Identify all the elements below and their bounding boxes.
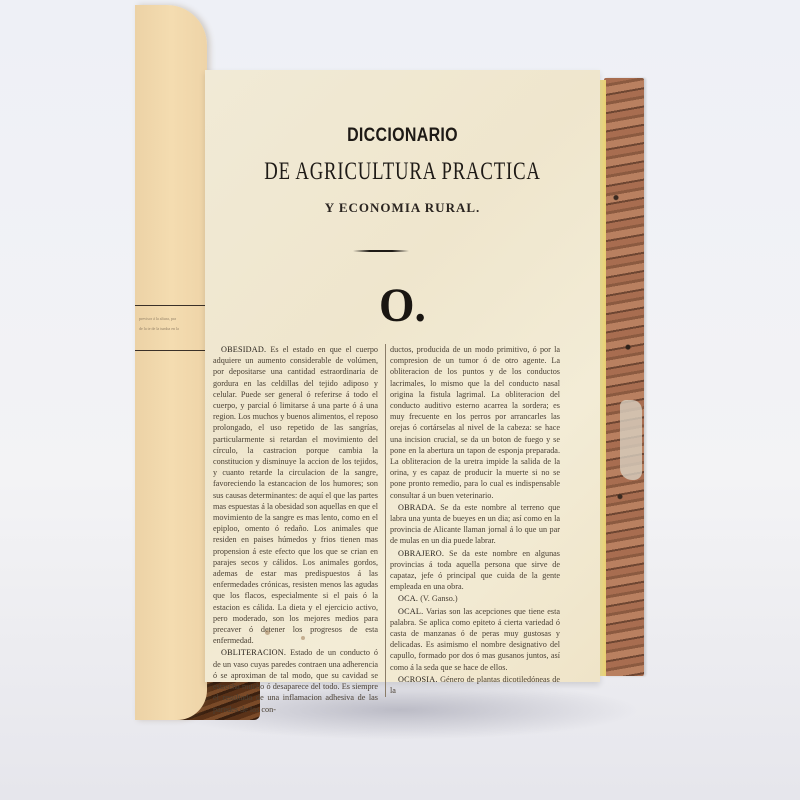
entry-obrada: OBRADA. Se da este nombre al terreno que… [390,502,560,547]
marbled-back-cover [604,78,644,676]
left-page-curled: previsor á la altura, pra de la te de la… [135,5,207,720]
entry-obesidad: OBESIDAD. Es el estado en que el cuerpo … [213,344,378,646]
entry-head: OBRADA. [398,503,436,512]
entry-head: OCA. [398,594,418,603]
foxing-spot [265,630,270,635]
text-column-left: OBESIDAD. Es el estado en que el cuerpo … [213,344,378,716]
ornamental-rule [353,250,409,252]
entry-oca: OCA. (V. Ganso.) [390,593,560,604]
entry-text: Es el estado en que el cuerpo adquiere u… [213,345,378,645]
foxing-spot [301,636,305,640]
left-page-fragment-1: previsor á la altura, pra [139,315,203,322]
entry-ocal: OCAL. Varias son las acepciones que tien… [390,606,560,673]
entry-obrajero: OBRAJERO. Se da este nombre en algunas p… [390,548,560,593]
entry-obliteracion: OBLITERACION. Estado de un conducto ó de… [213,647,378,714]
entry-head: OBRAJERO. [398,549,444,558]
cover-wear-spot [620,400,642,480]
entry-head: OCROSIA. [398,675,438,684]
entry-head: OBLITERACION. [221,648,286,657]
title-diccionario: DICCIONARIO [205,125,600,147]
left-page-fragment-2: de la te de la tumba en la [139,325,203,332]
text-column-right: ductos, producida de un modo primitivo, … [385,344,560,697]
entry-head: OCAL. [398,607,423,616]
entry-head: OBESIDAD. [221,345,266,354]
title-economia: Y ECONOMIA RURAL. [205,200,600,216]
right-page: DICCIONARIO DE AGRICULTURA PRACTICA Y EC… [205,70,600,682]
photo-scene: previsor á la altura, pra de la te de la… [0,0,800,800]
entry-text: Estado de un conducto ó de un vaso cuyas… [213,648,378,713]
entry-continuation: ductos, producida de un modo primitivo, … [390,344,560,501]
rule-line [135,350,205,351]
entry-text: ductos, producida de un modo primitivo, … [390,345,560,500]
section-letter: O. [215,278,590,333]
entry-ocrosia: OCROSIA. Género de plantas dicotiledónea… [390,674,560,696]
entry-text: Varias son las acepciones que tiene esta… [390,607,560,672]
rule-line [135,305,205,306]
entry-text: (V. Ganso.) [420,594,457,603]
title-agricultura: DE AGRICULTURA PRACTICA [235,156,571,186]
